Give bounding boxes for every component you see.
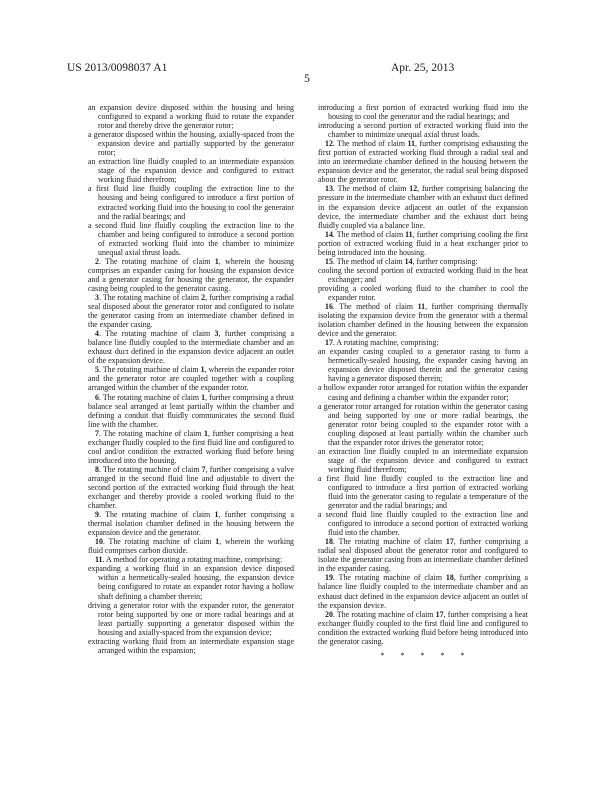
claim-paragraph: 13. The method of claim 12, further comp… (318, 184, 528, 229)
claim-number: 10 (95, 537, 103, 546)
claim-element: a hollow expander rotor arranged for rot… (318, 383, 528, 401)
claim-reference: 11 (405, 230, 412, 239)
claim-paragraph: 15. The method of claim 14, further comp… (318, 257, 528, 266)
claim-element-text: an expansion device disposed within the … (88, 103, 294, 130)
claim-element-text: an extraction line fluidly coupled to an… (88, 157, 294, 184)
claim-number: 14 (325, 230, 333, 239)
claim-element: a generator disposed within the housing,… (88, 130, 294, 157)
claim-reference: 17 (436, 610, 444, 619)
claim-element-text: extracting working fluid from an interme… (88, 637, 294, 655)
claim-paragraph: 12. The method of claim 11, further comp… (318, 139, 528, 184)
claim-number: 15 (325, 257, 333, 266)
claim-element: extracting working fluid from an interme… (88, 637, 294, 655)
claim-paragraph: 11. A method for operating a rotating ma… (88, 555, 294, 564)
claim-preamble: . The method of claim (333, 230, 405, 239)
claim-number: 19 (325, 573, 333, 582)
claim-element-text: driving a generator rotor with the expan… (88, 601, 294, 637)
claim-preamble: . The rotating machine of claim (333, 537, 446, 546)
claim-element: introducing a second portion of extracte… (318, 121, 528, 139)
claim-element-text: a second fluid line fluidly coupling the… (88, 221, 294, 257)
claim-preamble: . The rotating machine of claim (99, 329, 215, 338)
claim-element: a second fluid line fluidly coupled to t… (318, 510, 528, 537)
claim-preamble: . The rotating machine of claim (99, 510, 215, 519)
claim-paragraph: 8. The rotating machine of claim 7, furt… (88, 465, 294, 510)
claim-element: an extraction line fluidly coupled to an… (88, 157, 294, 184)
claim-paragraph: 2. The rotating machine of claim 1, wher… (88, 257, 294, 293)
claim-preamble: . The rotating machine of claim (333, 573, 446, 582)
claim-number: 17 (325, 338, 333, 347)
claim-element-text: an extraction line fluidly coupled to an… (318, 447, 528, 474)
claim-paragraph: 4. The rotating machine of claim 3, furt… (88, 329, 294, 365)
claim-preamble: . A rotating machine, comprising: (333, 338, 439, 347)
claim-preamble: . The method of claim (333, 257, 405, 266)
claim-number: 13 (325, 184, 333, 193)
claims-column-right: introducing a first portion of extracted… (318, 103, 528, 660)
claim-reference: 17 (446, 537, 454, 546)
claim-preamble: . The method of claim (333, 184, 409, 193)
claim-paragraph: 17. A rotating machine, comprising: (318, 338, 528, 347)
claim-reference: 12 (409, 184, 417, 193)
claim-element-text: a generator rotor arranged for rotation … (318, 402, 528, 447)
claim-preamble: . The rotating machine of claim (99, 365, 201, 374)
claim-preamble: . The rotating machine of claim (333, 610, 436, 619)
claim-element-text: introducing a first portion of extracted… (318, 103, 528, 121)
claim-paragraph: 7. The rotating machine of claim 1, furt… (88, 429, 294, 465)
claim-paragraph: 9. The rotating machine of claim 1, furt… (88, 510, 294, 537)
claim-element: a first fluid line fluidly coupled to th… (318, 474, 528, 510)
claim-element: cooling the second portion of extracted … (318, 266, 528, 284)
claim-reference: 14 (405, 257, 413, 266)
claim-number: 16 (325, 302, 333, 311)
claim-number: 18 (325, 537, 333, 546)
claim-element-text: providing a cooled working fluid to the … (318, 284, 528, 302)
claim-paragraph: 10. The rotating machine of claim 1, whe… (88, 537, 294, 555)
claim-text: , further comprising: (413, 257, 478, 266)
claim-paragraph: 16. The method of claim 11, further comp… (318, 302, 528, 338)
claim-element-text: expanding a working fluid in an expansio… (88, 564, 294, 600)
claim-paragraph: 3. The rotating machine of claim 2, furt… (88, 293, 294, 329)
claim-paragraph: 6. The rotating machine of claim 1, furt… (88, 393, 294, 429)
claim-reference: 11 (418, 302, 425, 311)
claim-element: a second fluid line fluidly coupling the… (88, 221, 294, 257)
claim-preamble: . The rotating machine of claim (99, 293, 201, 302)
claim-preamble: . The rotating machine of claim (103, 537, 215, 546)
claims-column-left: an expansion device disposed within the … (88, 103, 294, 655)
claim-element: an extraction line fluidly coupled to an… (318, 447, 528, 474)
claim-paragraph: 14. The method of claim 11, further comp… (318, 230, 528, 257)
claim-number: 20 (325, 610, 333, 619)
claim-paragraph: 19. The rotating machine of claim 18, fu… (318, 573, 528, 609)
claim-preamble: . The rotating machine of claim (99, 429, 204, 438)
claim-element: an expansion device disposed within the … (88, 103, 294, 130)
claim-paragraph: 18. The rotating machine of claim 17, fu… (318, 537, 528, 573)
claim-element-text: a second fluid line fluidly coupled to t… (318, 510, 528, 537)
claim-element-text: a first fluid line fluidly coupling the … (88, 184, 294, 220)
claim-preamble: . The rotating machine of claim (99, 465, 202, 474)
claim-element-text: an expander casing coupled to a generato… (318, 347, 528, 383)
claim-paragraph: 5. The rotating machine of claim 1, wher… (88, 365, 294, 392)
claim-element-text: a hollow expander rotor arranged for rot… (318, 383, 528, 401)
claim-element: a generator rotor arranged for rotation … (318, 402, 528, 447)
claim-preamble: . A method for operating a rotating mach… (102, 555, 282, 564)
claim-paragraph: 20. The rotating machine of claim 17, fu… (318, 610, 528, 646)
claim-element-text: a generator disposed within the housing,… (88, 130, 294, 157)
claim-preamble: . The rotating machine of claim (99, 393, 201, 402)
claim-reference: 11 (408, 139, 415, 148)
claim-element: a first fluid line fluidly coupling the … (88, 184, 294, 220)
claim-element: expanding a working fluid in an expansio… (88, 564, 294, 600)
claim-element: an expander casing coupled to a generato… (318, 347, 528, 383)
claim-element: driving a generator rotor with the expan… (88, 601, 294, 637)
claim-preamble: . The method of claim (333, 139, 408, 148)
page-number: 5 (0, 73, 614, 85)
claim-element: providing a cooled working fluid to the … (318, 284, 528, 302)
claim-preamble: . The method of claim (333, 302, 418, 311)
claim-element-text: introducing a second portion of extracte… (318, 121, 528, 139)
claim-preamble: . The rotating machine of claim (99, 257, 215, 266)
claim-element: introducing a first portion of extracted… (318, 103, 528, 121)
claim-element-text: a first fluid line fluidly coupled to th… (318, 474, 528, 510)
claim-number: 12 (325, 139, 333, 148)
claim-element-text: cooling the second portion of extracted … (318, 266, 528, 284)
end-of-document-marker: * * * * * (318, 651, 528, 660)
claim-reference: 18 (446, 573, 454, 582)
